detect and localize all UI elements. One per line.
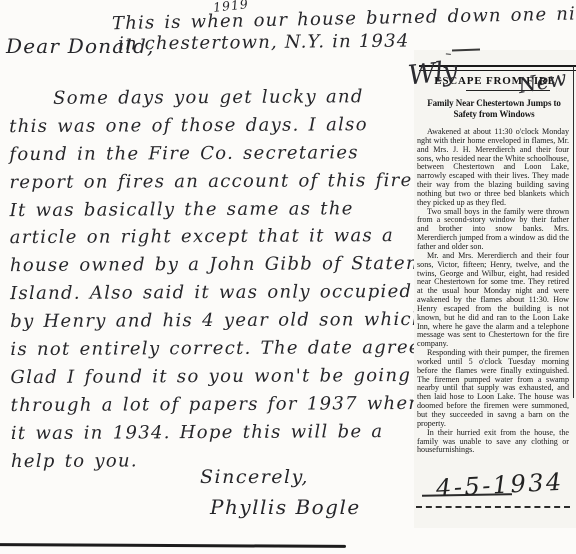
dash-rule-row [416, 506, 570, 508]
handwritten-scribble-left: Wly [407, 56, 459, 92]
letter-line: is not entirely correct. The date agrees… [10, 334, 416, 364]
letter-line: this was one of those days. I also [9, 111, 415, 141]
newspaper-clipping: ESCAPE FROM FIRE Wly New Family Near Che… [414, 50, 576, 528]
letter-line: found in the Fire Co. secretaries [9, 139, 415, 169]
handwritten-date: 4-5-1934 [435, 468, 564, 503]
letter-line: Glad I found it so you won't be going [10, 362, 416, 392]
clipping-paragraph: Awakened at about 11:30 o'clock Monday n… [417, 128, 569, 208]
clipping-subhead-line-1: Family Near Chestertown Jumps to [414, 98, 574, 109]
letter-line: article on right except that it was a [10, 222, 416, 252]
clipping-right-rule [573, 66, 575, 398]
letter-line: it was in 1934. Hope this will be a [11, 418, 417, 448]
letter-closing: Sincerely, [200, 466, 309, 488]
annotation-line-1: This is when our house burned down one n… [112, 3, 576, 34]
clipping-paragraph: Two small boys in the family were thrown… [417, 208, 569, 252]
letter-signature: Phyllis Bogle [210, 495, 361, 519]
letter-line: Island. Also said it was only occupied [10, 278, 416, 308]
letter-line: Some days you get lucky and [9, 83, 415, 113]
clipping-subhead-line-2: Safety from Windows [414, 109, 574, 120]
scan-edge-artifact [0, 543, 346, 548]
clipping-paragraph: In their hurried exit from the house, th… [417, 429, 569, 456]
scanned-letter-page: { "colors": { "ink": "#26262a", "newspri… [0, 0, 576, 554]
letter-line: by Henry and his 4 year old son which [10, 306, 416, 336]
letter-line: house owned by a John Gibb of Staten [10, 250, 416, 280]
clipping-body: Awakened at about 11:30 o'clock Monday n… [417, 128, 569, 455]
letter-body: Some days you get lucky andthis was one … [9, 83, 417, 476]
letter-line: through a lot of papers for 1937 when [11, 390, 417, 420]
letter-line: report on fires an account of this fire. [9, 167, 415, 197]
clipping-paragraph: Mr. and Mrs. Mererdierch and their four … [417, 252, 569, 349]
annotation-line-2: in chestertown, N.Y. in 1934 [118, 30, 410, 54]
letter-line: It was basically the same as the [10, 195, 416, 225]
clipping-subhead: Family Near Chestertown Jumps to Safety … [414, 98, 574, 120]
pencil-mark [452, 49, 480, 52]
clipping-paragraph: Responding with their pumper, the fireme… [417, 349, 569, 429]
